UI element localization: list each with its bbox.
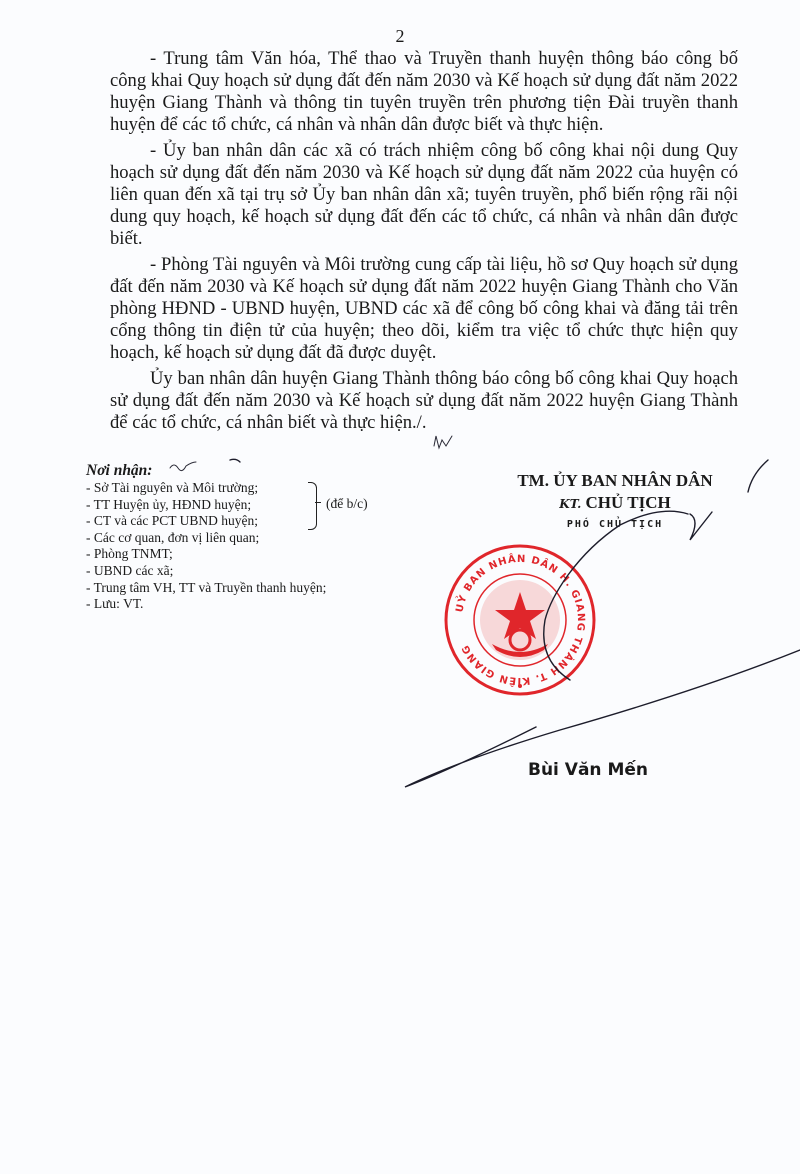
- paragraph-commune-committees: - Ủy ban nhân dân các xã có trách nhiệm …: [110, 140, 738, 250]
- page-number: 2: [0, 26, 800, 47]
- recipients-list: Nơi nhận: - Sở Tài nguyên và Môi trường;…: [86, 462, 416, 613]
- handwritten-prefix: KT.: [559, 497, 581, 511]
- paragraph-environment-office: - Phòng Tài nguyên và Môi trường cung cấ…: [110, 254, 738, 364]
- paragraph-culture-center: - Trung tâm Văn hóa, Thể thao và Truyền …: [110, 48, 738, 136]
- signer-name: Bùi Văn Mến: [528, 760, 648, 780]
- recipients-title: Nơi nhận:: [86, 462, 416, 480]
- signing-organization: TM. ỦY BAN NHÂN DÂN: [470, 470, 760, 492]
- brace-icon: [308, 482, 317, 530]
- recipients-report-group: - Sở Tài nguyên và Môi trường; - TT Huyệ…: [86, 480, 416, 530]
- recipient-item: - Các cơ quan, đơn vị liên quan;: [86, 530, 416, 547]
- body-text: - Trung tâm Văn hóa, Thể thao và Truyền …: [110, 48, 738, 438]
- official-seal-icon: UỶ BAN NHÂN DÂN H. GIANG THÀNH T. KIÊN G…: [440, 540, 600, 700]
- recipient-item: - UBND các xã;: [86, 563, 416, 580]
- recipient-item: - Phòng TNMT;: [86, 546, 416, 563]
- recipient-item: - Lưu: VT.: [86, 596, 416, 613]
- signing-title: KT. CHỦ TỊCH: [470, 492, 760, 515]
- recipient-item: - Trung tâm VH, TT và Truyền thanh huyện…: [86, 580, 416, 597]
- report-note: (để b/c): [326, 496, 368, 513]
- paragraph-conclusion: Ủy ban nhân dân huyện Giang Thành thông …: [110, 368, 738, 434]
- signing-title-text: CHỦ TỊCH: [586, 493, 671, 512]
- brace-tip-icon: [315, 502, 321, 503]
- signature-block: TM. ỦY BAN NHÂN DÂN KT. CHỦ TỊCH PHÓ CHỦ…: [470, 470, 760, 535]
- stamped-title: PHÓ CHỦ TỊCH: [470, 515, 760, 535]
- recipient-item: - CT và các PCT UBND huyện;: [86, 513, 416, 530]
- recipient-item: - Sở Tài nguyên và Môi trường;: [86, 480, 416, 497]
